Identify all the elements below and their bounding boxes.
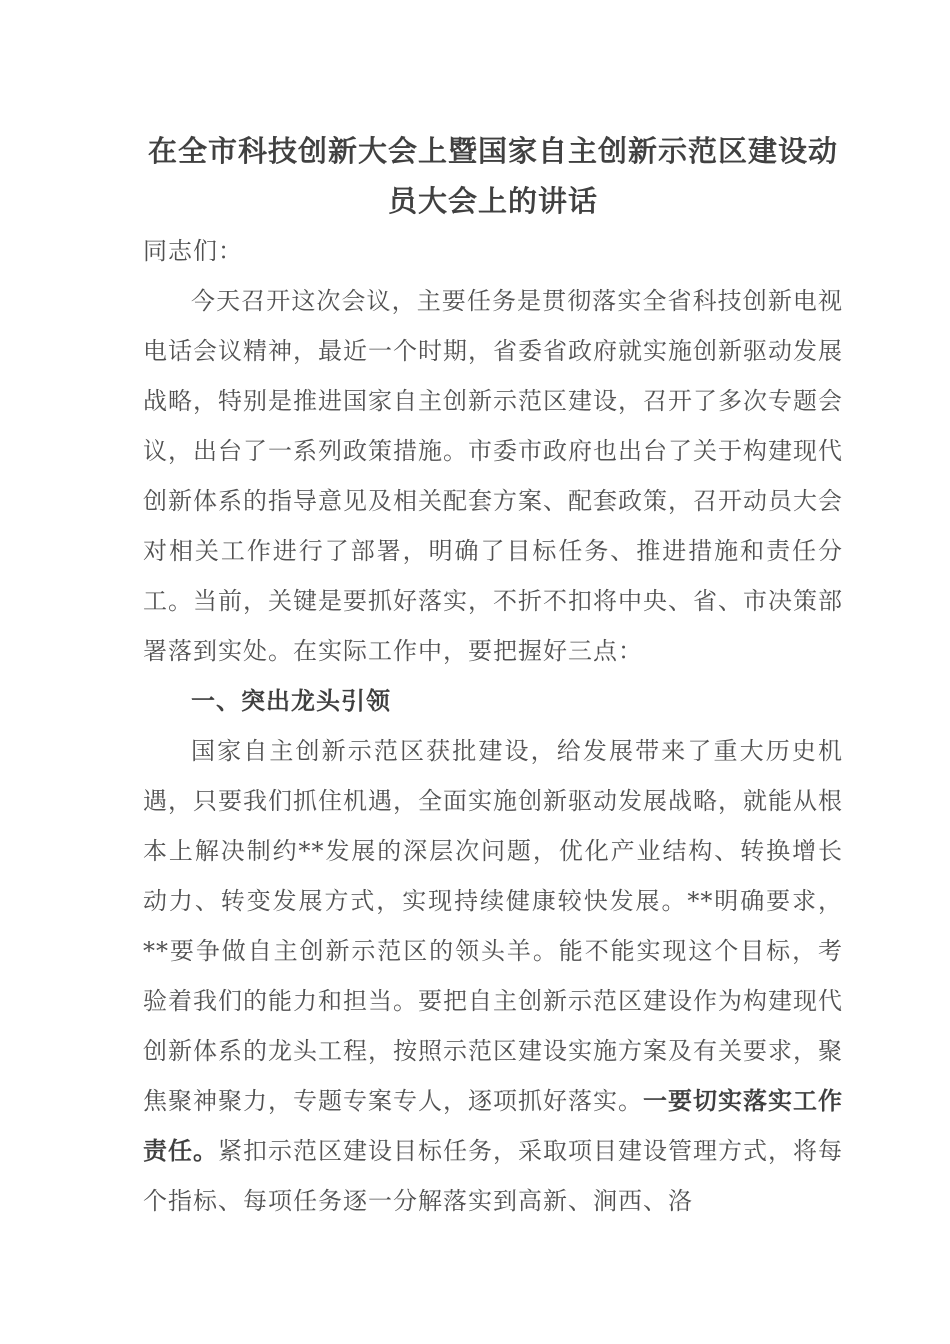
intro-paragraph: 今天召开这次会议，主要任务是贯彻落实全省科技创新电视电话会议精神，最近一个时期，… — [143, 276, 843, 676]
section-1-paragraph: 国家自主创新示范区获批建设，给发展带来了重大历史机遇，只要我们抓住机遇，全面实施… — [143, 726, 843, 1226]
document-page: 在全市科技创新大会上暨国家自主创新示范区建设动员大会上的讲话 同志们： 今天召开… — [0, 0, 950, 1344]
section-1-body-lead: 国家自主创新示范区获批建设，给发展带来了重大历史机遇，只要我们抓住机遇，全面实施… — [143, 737, 843, 1115]
document-content: 在全市科技创新大会上暨国家自主创新示范区建设动员大会上的讲话 同志们： 今天召开… — [143, 0, 843, 1226]
section-1-body-tail: 紧扣示范区建设目标任务，采取项目建设管理方式，将每个指标、每项任务逐一分解落实到… — [143, 1137, 843, 1215]
document-title: 在全市科技创新大会上暨国家自主创新示范区建设动员大会上的讲话 — [143, 126, 843, 226]
salutation: 同志们： — [143, 226, 843, 276]
section-heading-1: 一、突出龙头引领 — [143, 676, 843, 726]
